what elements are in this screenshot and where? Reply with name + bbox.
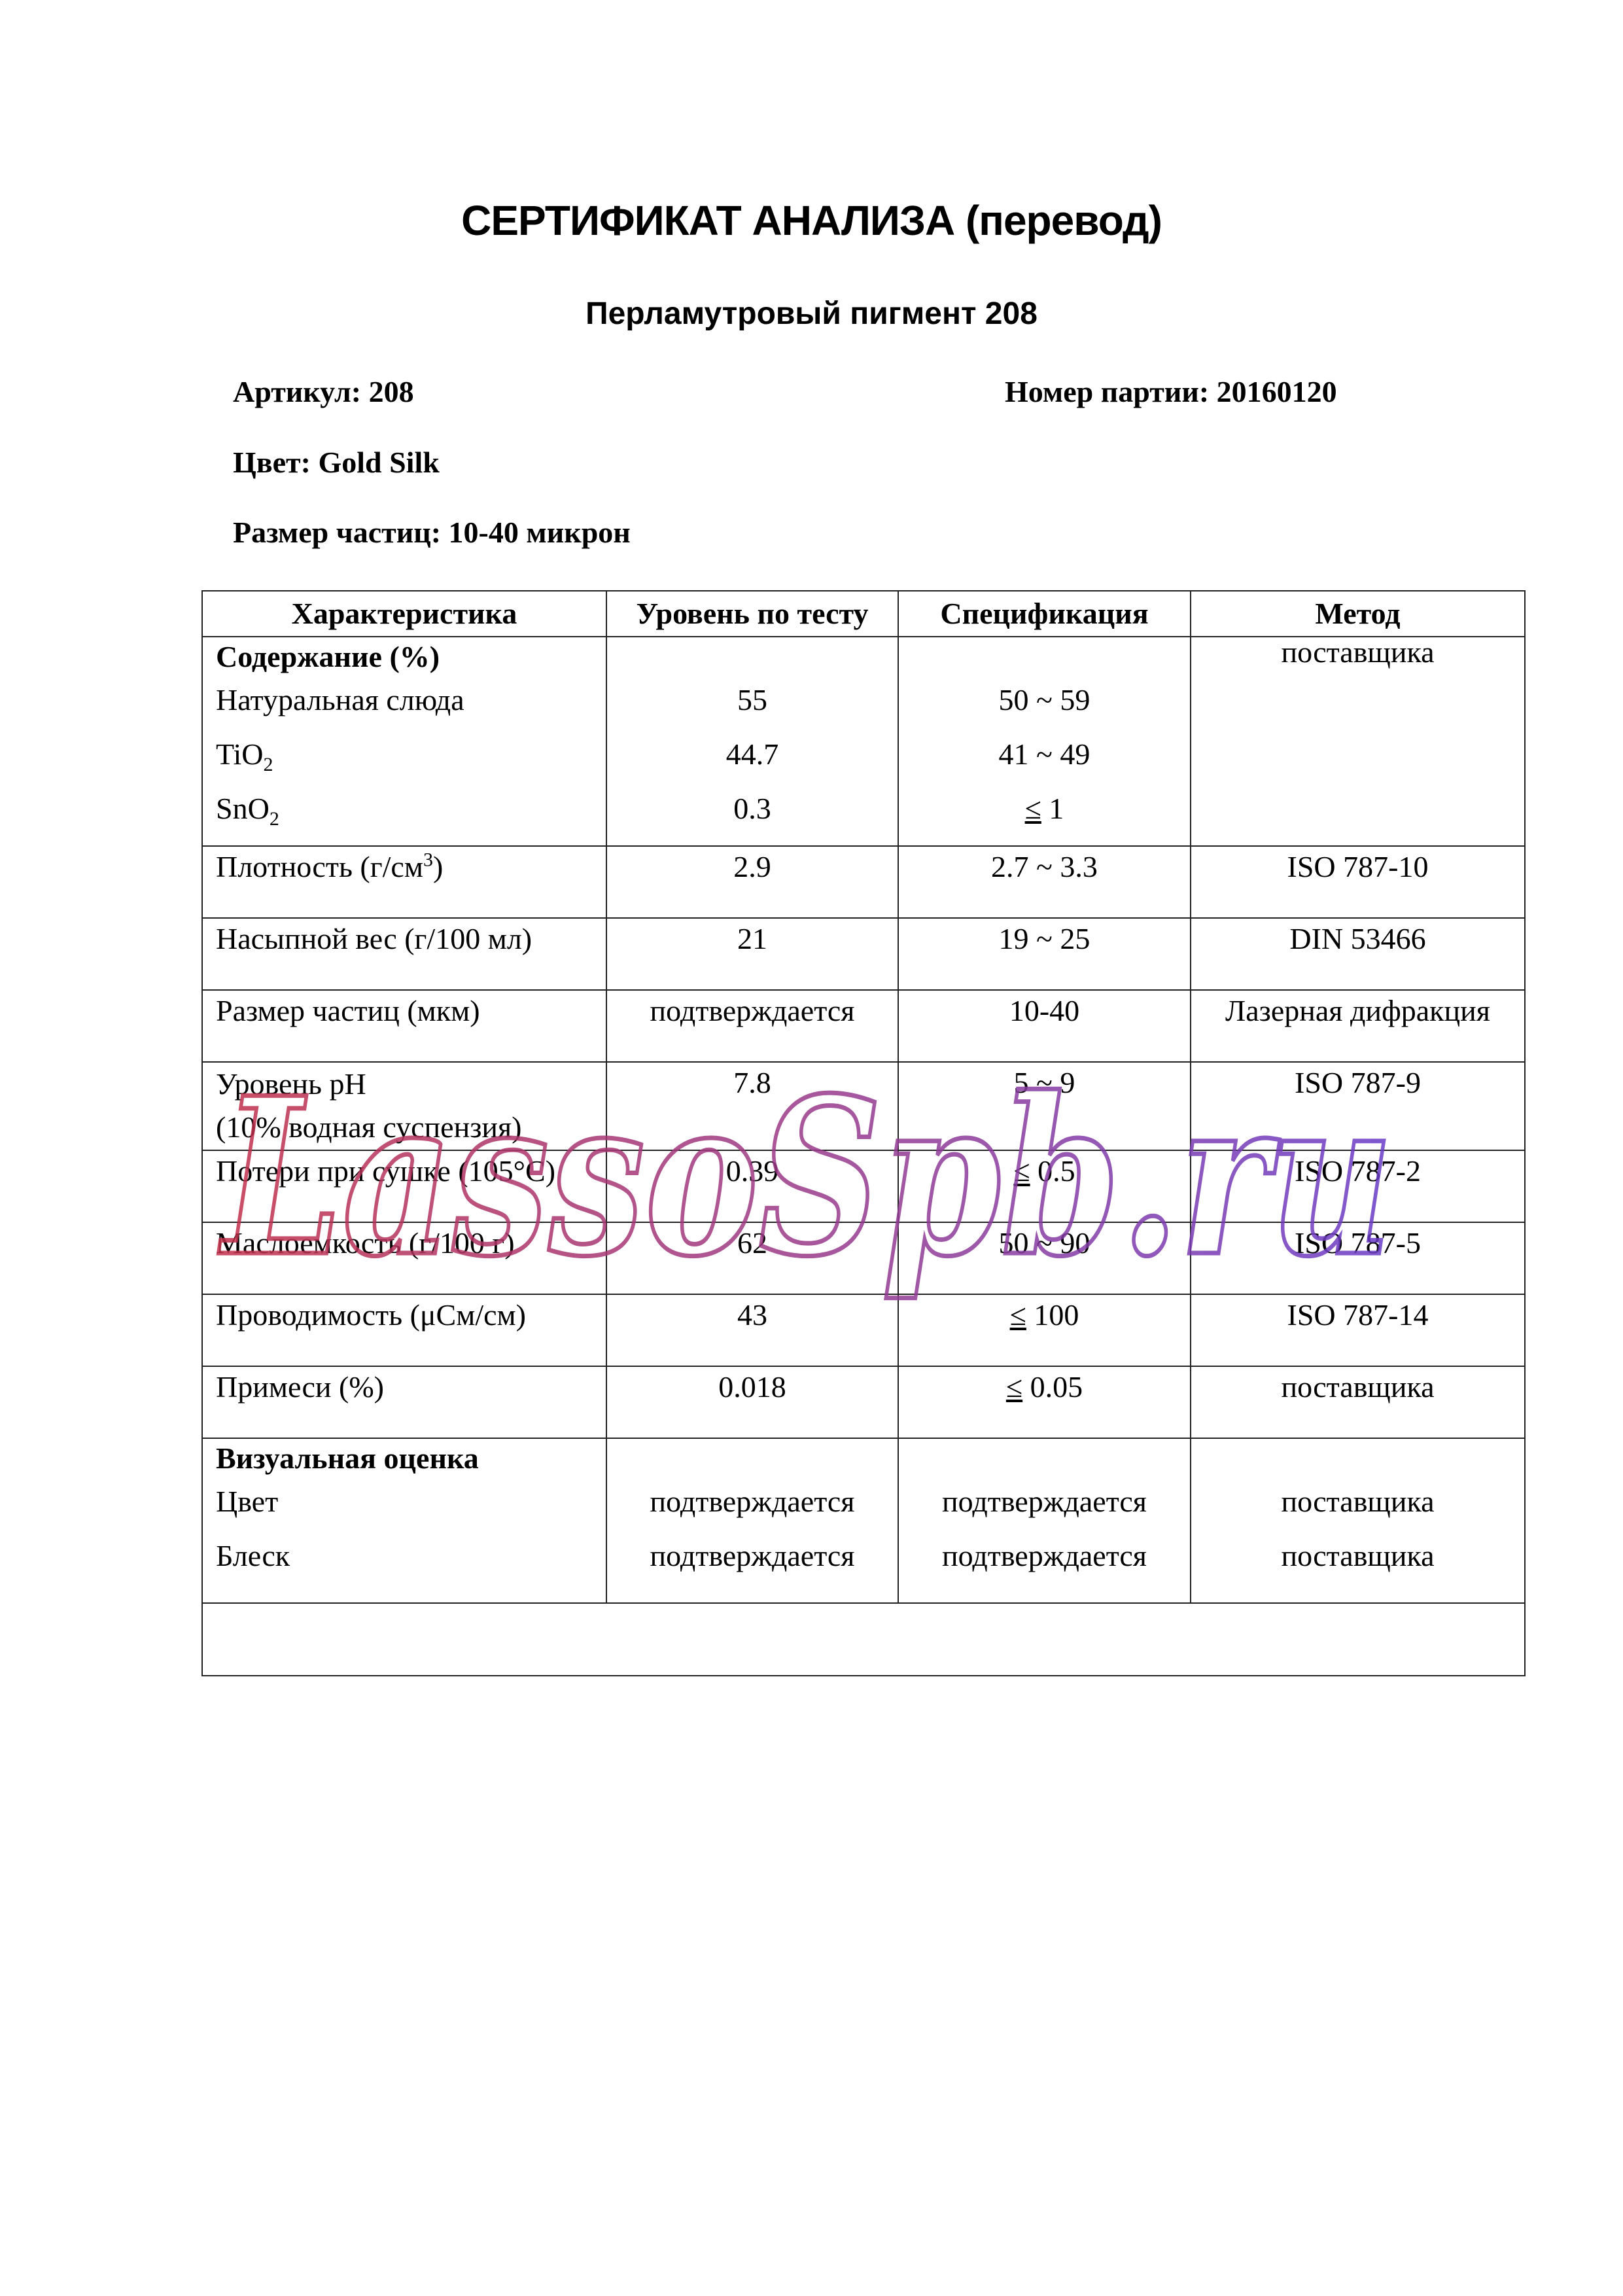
- visual-luster-spec: подтверждается: [899, 1536, 1190, 1591]
- table-row: Маслоемкость (г/100 г) 62 50 ~ 90 ISO 78…: [202, 1222, 1525, 1294]
- table-row: Уровень pH (10% водная суспензия) 7.8 5 …: [202, 1062, 1525, 1150]
- less-or-equal-symbol: ≤: [1010, 1298, 1026, 1332]
- analysis-table: Характеристика Уровень по тесту Специфик…: [201, 590, 1526, 1676]
- ph-label-note: (10% водная суспензия): [216, 1106, 606, 1149]
- oil-method: ISO 787-5: [1191, 1223, 1524, 1262]
- product-color: Цвет: Gold Silk: [233, 445, 440, 480]
- formula-base: TiO: [216, 737, 263, 771]
- content-group-label: Содержание (%): [216, 637, 606, 680]
- header-method: Метод: [1191, 591, 1525, 637]
- loss-value: 0.39: [607, 1151, 898, 1190]
- tio2-value: 44.7: [607, 735, 898, 789]
- table-row: Насыпной вес (г/100 мл) 21 19 ~ 25 DIN 5…: [202, 918, 1525, 990]
- batch-number: Номер партии: 20160120: [1005, 374, 1337, 409]
- particle-label: Размер частиц (мкм): [216, 991, 606, 1030]
- table-row-empty: [202, 1603, 1525, 1676]
- visual-color-method: поставщика: [1191, 1482, 1524, 1536]
- formula-subscript: 2: [263, 754, 273, 775]
- mica-spec: 50 ~ 59: [899, 680, 1190, 735]
- visual-luster-method: поставщика: [1191, 1536, 1524, 1591]
- content-item-mica: Натуральная слюда: [216, 680, 606, 735]
- table-row: Проводимость (μСм/см) 43 ≤ 100 ISO 787-1…: [202, 1294, 1525, 1366]
- document-title: СЕРТИФИКАТ АНАЛИЗА (перевод): [0, 196, 1623, 245]
- table-row: Примеси (%) 0.018 ≤ 0.05 поставщика: [202, 1366, 1525, 1438]
- tio2-spec: 41 ~ 49: [899, 735, 1190, 789]
- bulk-method: DIN 53466: [1191, 919, 1524, 958]
- particle-method: Лазерная дифракция: [1191, 991, 1524, 1030]
- ph-spec: 5 ~ 9: [899, 1063, 1190, 1102]
- table-row-content: Содержание (%) Натуральная слюда TiO2 Sn…: [202, 637, 1525, 846]
- content-method-cell: поставщика: [1191, 637, 1525, 846]
- header-specification: Спецификация: [898, 591, 1191, 637]
- visual-item-color: Цвет: [216, 1482, 606, 1536]
- oil-value: 62: [607, 1223, 898, 1262]
- conductivity-value: 43: [607, 1295, 898, 1334]
- table-header-row: Характеристика Уровень по тесту Специфик…: [202, 591, 1525, 637]
- loss-label: Потери при сушке (105°C): [216, 1151, 606, 1190]
- loss-method: ISO 787-2: [1191, 1151, 1524, 1190]
- table-row: Плотность (г/см3) 2.9 2.7 ~ 3.3 ISO 787-…: [202, 846, 1525, 918]
- content-characteristic-cell: Содержание (%) Натуральная слюда TiO2 Sn…: [202, 637, 606, 846]
- density-label: Плотность (г/см3): [216, 847, 606, 886]
- mica-value: 55: [607, 680, 898, 735]
- impurities-spec: ≤ 0.05: [899, 1367, 1190, 1406]
- less-or-equal-symbol: ≤: [1025, 792, 1041, 825]
- visual-item-luster: Блеск: [216, 1536, 606, 1591]
- visual-luster-value: подтверждается: [607, 1536, 898, 1591]
- density-value: 2.9: [607, 847, 898, 886]
- density-method: ISO 787-10: [1191, 847, 1524, 886]
- impurities-value: 0.018: [607, 1367, 898, 1406]
- conductivity-method: ISO 787-14: [1191, 1295, 1524, 1334]
- oil-label: Маслоемкость (г/100 г): [216, 1223, 606, 1262]
- ph-method: ISO 787-9: [1191, 1063, 1524, 1102]
- less-or-equal-symbol: ≤: [1013, 1154, 1030, 1188]
- ph-label: Уровень pH: [216, 1063, 606, 1106]
- content-method: поставщика: [1281, 635, 1434, 669]
- bulk-label: Насыпной вес (г/100 мл): [216, 919, 606, 958]
- impurities-label: Примеси (%): [216, 1367, 606, 1406]
- impurities-method: поставщика: [1191, 1367, 1524, 1406]
- content-item-tio2: TiO2: [216, 735, 606, 789]
- sno2-spec: ≤ 1: [899, 789, 1190, 843]
- product-subtitle: Перламутровый пигмент 208: [0, 296, 1623, 332]
- superscript: 3: [423, 849, 433, 871]
- header-test-level: Уровень по тесту: [606, 591, 898, 637]
- visual-color-spec: подтверждается: [899, 1482, 1190, 1536]
- less-or-equal-symbol: ≤: [1006, 1370, 1022, 1404]
- conductivity-spec: ≤ 100: [899, 1295, 1190, 1334]
- content-value-cell: 55 44.7 0.3: [606, 637, 898, 846]
- conductivity-label: Проводимость (μСм/см): [216, 1295, 606, 1334]
- sno2-value: 0.3: [607, 789, 898, 843]
- formula-subscript: 2: [270, 808, 279, 830]
- bulk-value: 21: [607, 919, 898, 958]
- header-characteristic: Характеристика: [202, 591, 606, 637]
- loss-spec: ≤ 0.5: [899, 1151, 1190, 1190]
- oil-spec: 50 ~ 90: [899, 1223, 1190, 1262]
- particle-value: подтверждается: [607, 991, 898, 1030]
- visual-group-label: Визуальная оценка: [216, 1439, 606, 1482]
- particle-spec: 10-40: [899, 991, 1190, 1030]
- bulk-spec: 19 ~ 25: [899, 919, 1190, 958]
- table-row-visual: Визуальная оценка Цвет Блеск подтверждае…: [202, 1438, 1525, 1603]
- article-number: Артикул: 208: [233, 374, 414, 409]
- visual-color-value: подтверждается: [607, 1482, 898, 1536]
- empty-merged-cell: [202, 1603, 1525, 1676]
- content-spec-cell: 50 ~ 59 41 ~ 49 ≤ 1: [898, 637, 1191, 846]
- density-spec: 2.7 ~ 3.3: [899, 847, 1190, 886]
- formula-base: SnO: [216, 792, 270, 825]
- particle-size-info: Размер частиц: 10-40 микрон: [233, 515, 631, 550]
- content-item-sno2: SnO2: [216, 789, 606, 843]
- table-row: Потери при сушке (105°C) 0.39 ≤ 0.5 ISO …: [202, 1150, 1525, 1222]
- table-row: Размер частиц (мкм) подтверждается 10-40…: [202, 990, 1525, 1062]
- ph-value: 7.8: [607, 1063, 898, 1102]
